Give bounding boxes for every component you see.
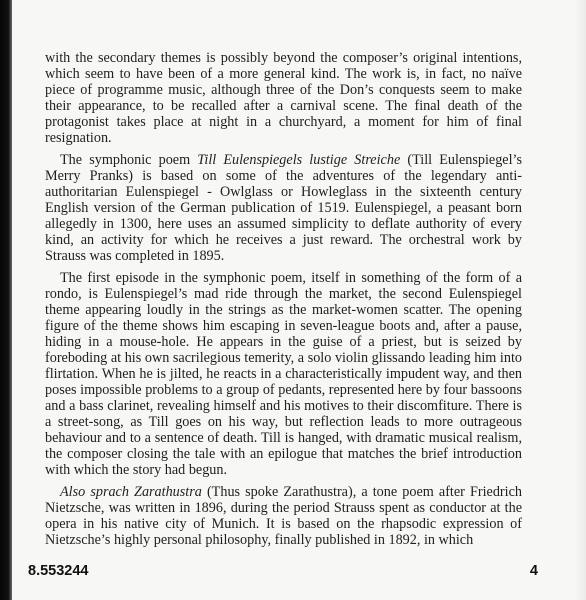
binding-edge-shadow	[0, 0, 12, 600]
page-number: 4	[530, 563, 538, 579]
work-title-zarathustra: Also sprach Zarathustra	[60, 484, 202, 500]
page-edge	[574, 0, 586, 600]
paragraph-don-juan-conclusion: with the secondary themes is possibly be…	[45, 50, 522, 146]
paragraph-zarathustra-intro: Also sprach Zarathustra (Thus spoke Zara…	[45, 484, 522, 548]
catalog-number: 8.553244	[28, 563, 88, 579]
paragraph-rest: (Till Eulenspiegel’s Merry Pranks) is ba…	[45, 152, 522, 264]
work-title-till-eulenspiegel: Till Eulenspiegels lustige Streiche	[197, 152, 400, 168]
paragraph-lead: The symphonic poem	[60, 152, 197, 168]
paragraph-till-eulenspiegel-intro: The symphonic poem Till Eulenspiegels lu…	[45, 152, 522, 264]
paragraph-till-eulenspiegel-episodes: The first episode in the symphonic poem,…	[45, 270, 522, 478]
body-text: with the secondary themes is possibly be…	[45, 50, 522, 554]
